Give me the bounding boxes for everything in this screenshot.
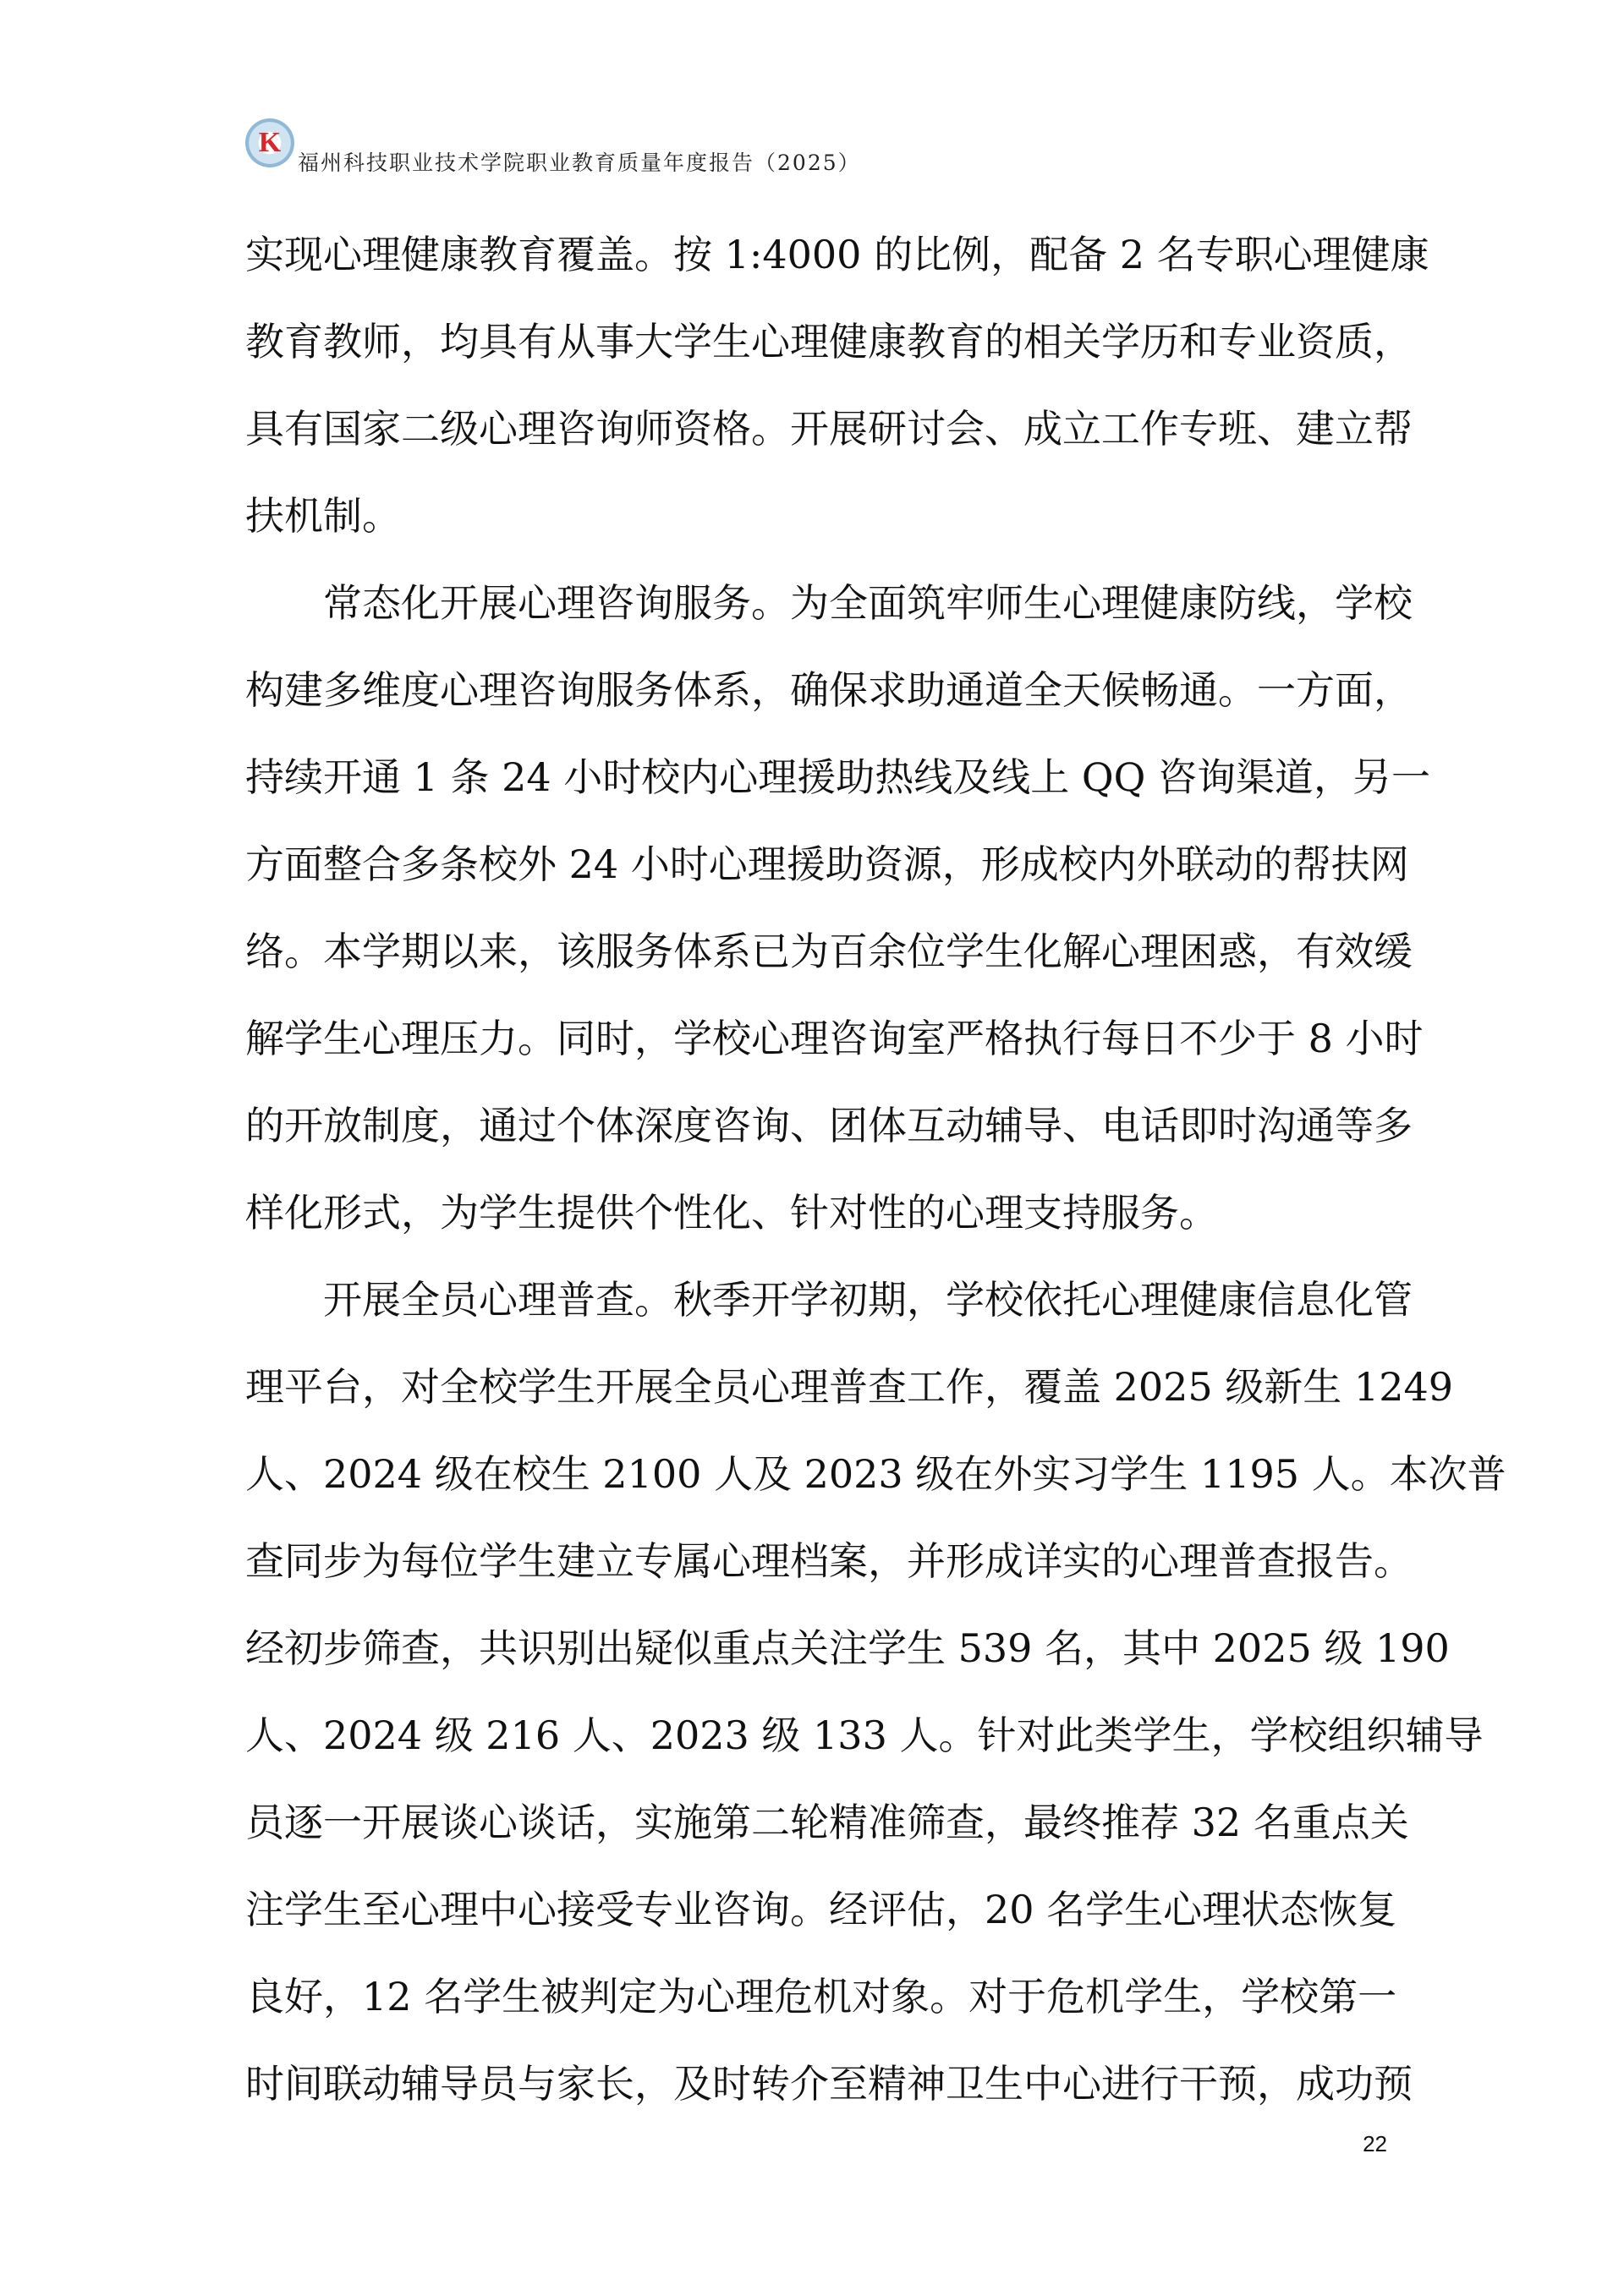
paragraph-counseling-services: 常态化开展心理咨询服务。为全面筑牢师生心理健康防线，学校 构建多维度心理咨询服务… [245, 560, 1387, 1257]
text-line: 时间联动辅导员与家长，及时转介至精神卫生中心进行干预，成功预 [245, 2041, 1387, 2128]
paragraph-psychological-survey: 开展全员心理普查。秋季开学初期，学校依托心理健康信息化管 理平台，对全校学生开展… [245, 1257, 1387, 2128]
text-line: 查同步为每位学生建立专属心理档案，并形成详实的心理普查报告。 [245, 1518, 1387, 1605]
text-line: 经初步筛查，共识别出疑似重点关注学生 539 名，其中 2025 级 190 [245, 1605, 1387, 1692]
page-number: 22 [1353, 2131, 1387, 2157]
text-line: 实现心理健康教育覆盖。按 1:4000 的比例，配备 2 名专职心理健康 [245, 211, 1387, 299]
text-line: 样化形式，为学生提供个性化、针对性的心理支持服务。 [245, 1170, 1387, 1257]
text-line: 的开放制度，通过个体深度咨询、团体互动辅导、电话即时沟通等多 [245, 1082, 1387, 1170]
logo-letter: K [245, 129, 294, 157]
text-line: 方面整合多条校外 24 小时心理援助资源，形成校内外联动的帮扶网 [245, 821, 1387, 908]
text-line: 络。本学期以来，该服务体系已为百余位学生化解心理困惑，有效缓 [245, 908, 1387, 995]
text-line: 具有国家二级心理咨询师资格。开展研讨会、成立工作专班、建立帮 [245, 386, 1387, 473]
text-line: 注学生至心理中心接受专业咨询。经评估，20 名学生心理状态恢复 [245, 1866, 1387, 1954]
text-line: 教育教师，均具有从事大学生心理健康教育的相关学历和专业资质， [245, 299, 1387, 386]
text-line: 常态化开展心理咨询服务。为全面筑牢师生心理健康防线，学校 [245, 560, 1387, 647]
paragraph-counselor-staffing: 实现心理健康教育覆盖。按 1:4000 的比例，配备 2 名专职心理健康 教育教… [245, 211, 1387, 560]
text-line: 人、2024 级 216 人、2023 级 133 人。针对此类学生，学校组织辅… [245, 1692, 1387, 1779]
text-line: 扶机制。 [245, 473, 1387, 560]
text-line: 持续开通 1 条 24 小时校内心理援助热线及线上 QQ 咨询渠道，另一 [245, 734, 1387, 821]
report-title: 福州科技职业技术学院职业教育质量年度报告（2025） [298, 151, 861, 178]
text-line: 构建多维度心理咨询服务体系，确保求助通道全天候畅通。一方面， [245, 647, 1387, 734]
text-line: 开展全员心理普查。秋季开学初期，学校依托心理健康信息化管 [245, 1257, 1387, 1344]
text-line: 理平台，对全校学生开展全员心理普查工作，覆盖 2025 级新生 1249 [245, 1344, 1387, 1431]
text-line: 良好，12 名学生被判定为心理危机对象。对于危机学生，学校第一 [245, 1954, 1387, 2041]
page-header: K 福州科技职业技术学院职业教育质量年度报告（2025） [245, 118, 861, 178]
document-body: 实现心理健康教育覆盖。按 1:4000 的比例，配备 2 名专职心理健康 教育教… [245, 211, 1387, 2128]
text-line: 人、2024 级在校生 2100 人及 2023 级在外实习学生 1195 人。… [245, 1431, 1387, 1518]
text-line: 解学生心理压力。同时，学校心理咨询室严格执行每日不少于 8 小时 [245, 995, 1387, 1082]
school-logo-icon: K [245, 118, 294, 167]
text-line: 员逐一开展谈心谈话，实施第二轮精准筛查，最终推荐 32 名重点关 [245, 1779, 1387, 1866]
